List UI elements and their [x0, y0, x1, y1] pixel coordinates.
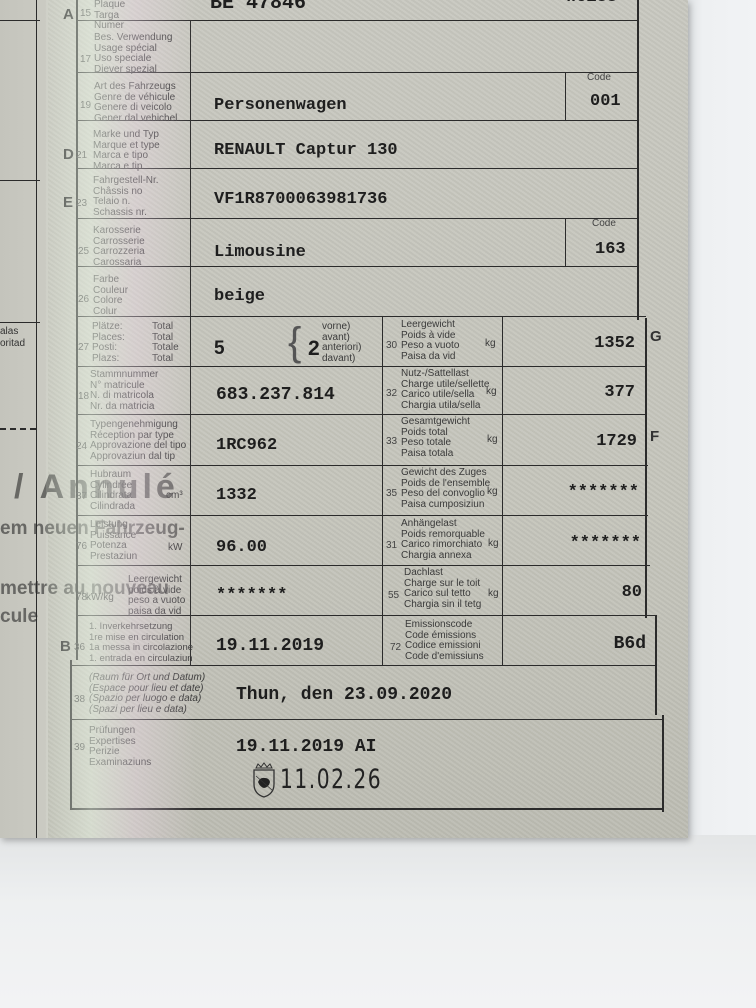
body-type-value: Limousine — [214, 243, 306, 262]
bern-coat-of-arms-icon — [252, 762, 276, 798]
field-number: 36 — [74, 642, 85, 653]
field-number: 27 — [78, 342, 89, 353]
left-page-snippet: oritad — [0, 338, 25, 349]
field-72-label: EmissionscodeCode émissionsCodice emissi… — [405, 620, 484, 662]
total-weight-value: 1729 — [540, 432, 637, 451]
unit-divider — [502, 316, 503, 666]
row-divider — [76, 414, 646, 415]
make-type-value: RENAULT Captur 130 — [214, 141, 398, 160]
row-divider — [70, 719, 663, 720]
field-number: 18 — [78, 391, 89, 402]
brace-icon: { — [288, 322, 301, 362]
left-page-snippet: alas — [0, 326, 18, 337]
field-17-label: Bes. VerwendungUsage spécialUso speciale… — [94, 33, 172, 75]
field-27-total-label: TotalTotalTotaleTotal — [152, 322, 179, 364]
field-32-label: Nutz-/SattellastCharge utile/selletteCar… — [401, 369, 489, 411]
field-number: 26 — [78, 294, 89, 305]
vehicle-registration-document: alas oritad / Annulé em neuen Fahrzeug- … — [0, 0, 688, 838]
row-divider — [76, 515, 648, 516]
registry-number-value: 683.237.814 — [216, 385, 335, 405]
field-33-label: GesamtgewichtPoids totalPeso totalePaisa… — [401, 417, 470, 459]
frame-bottom — [70, 808, 664, 810]
field-21-label: Marke und TypMarque et typeMarca e tipoM… — [93, 130, 160, 172]
label-column-divider — [190, 20, 191, 665]
field-18-label: StammnummerN° matriculeN. di matricolaNr… — [90, 370, 158, 412]
left-divider — [0, 180, 40, 181]
row-divider — [76, 20, 638, 21]
place-date-value: Thun, den 23.09.2020 — [236, 685, 452, 705]
row-divider — [76, 316, 646, 317]
unit-kg: kg — [487, 486, 498, 497]
side-letter-a: A — [63, 6, 74, 23]
row-divider — [76, 266, 638, 267]
unit-kw-per-kg: kW/kg — [86, 592, 114, 603]
unit-kg: kg — [488, 588, 499, 599]
frame-right-bottom — [662, 715, 664, 812]
field-number: 55 — [388, 590, 399, 601]
dashed-divider — [0, 428, 36, 430]
ghost-text: cule — [0, 606, 38, 628]
left-page-border — [36, 0, 37, 838]
field-number: 30 — [386, 340, 397, 351]
unit-cm3: cm³ — [166, 490, 183, 501]
displacement-value: 1332 — [216, 486, 257, 505]
emission-code-value: B6d — [560, 634, 646, 654]
field-number: 21 — [76, 150, 87, 161]
field-27-label: Plätze:Places:Posti:Plazs: — [92, 322, 125, 364]
field-number: 38 — [74, 694, 85, 705]
field-39-label: PrüfungenExpertisesPerizieExaminaziuns — [89, 726, 151, 768]
field-number: 33 — [386, 436, 397, 447]
plate-number-value: BE 47846 — [210, 0, 306, 15]
left-divider — [0, 20, 40, 21]
inspection-value: 19.11.2019 AI — [236, 737, 376, 757]
field-number: 31 — [386, 540, 397, 551]
side-letter-g: G — [650, 328, 662, 345]
frame-left-bottom — [70, 660, 72, 810]
unit-kg: kg — [487, 434, 498, 445]
seats-total-value: 5 — [214, 338, 225, 360]
row-divider — [76, 366, 646, 367]
next-inspection-stamp: 11.02.26 — [280, 764, 382, 795]
field-31-label: AnhängelastPoids remorquableCarico rimor… — [401, 519, 485, 561]
code-divider — [565, 72, 566, 120]
middle-divider — [382, 316, 383, 666]
roof-load-value: 80 — [560, 583, 642, 602]
frame-left-inner — [76, 0, 78, 660]
field-76-label: LeistungPuissancePotenzaPrestaziun — [90, 520, 137, 562]
field-25-label: KarosserieCarrosserieCarrozzeriaCarossar… — [93, 226, 145, 268]
body-type-code: 163 — [595, 240, 626, 259]
code-label: Code — [592, 218, 616, 229]
unit-kg: kg — [485, 338, 496, 349]
first-registration-value: 19.11.2019 — [216, 636, 324, 656]
side-letter-b: B — [60, 638, 71, 655]
field-38-label: (Raum für Ort und Datum)(Espace pour lie… — [89, 673, 205, 715]
field-number: 19 — [80, 100, 91, 111]
type-approval-value: 1RC962 — [216, 436, 277, 455]
row-divider — [76, 465, 648, 466]
seats-front-label: vorne)avant)anteriori)davant) — [322, 322, 361, 364]
row-divider — [76, 168, 638, 169]
field-23-label: Fahrgestell-Nr.Châssis noTelaio n.Schass… — [93, 176, 159, 218]
vehicle-kind-code: 001 — [590, 92, 621, 111]
power-to-weight-value: ******* — [216, 586, 287, 605]
field-19-label: Art des FahrzeugsGenre de véhiculeGenere… — [94, 82, 177, 124]
field-36-label: 1. Inverkehrsetzung1re mise en circulati… — [89, 622, 193, 664]
chassis-number-value: VF1R8700063981736 — [214, 190, 387, 209]
field-15-label: PlaqueTargaNumer — [94, 0, 125, 32]
field-35-label: Gewicht des ZugesPoids de l'ensemblePeso… — [401, 468, 490, 510]
field-24-label: TypengenehmigungRéception par typeApprov… — [90, 420, 186, 462]
seats-front-value: 2 — [308, 337, 320, 361]
field-number: 17 — [80, 54, 91, 65]
payload-value: 377 — [540, 383, 635, 402]
trailer-load-value: ******* — [540, 534, 641, 553]
code-divider — [565, 218, 566, 266]
field-78-label: Leergewichtpoids à videpeso a vuotopaisa… — [128, 575, 185, 617]
row-divider — [76, 218, 638, 219]
left-page — [0, 0, 48, 838]
plate-color-cut: weiss — [566, 0, 617, 7]
field-30-label: LeergewichtPoids à videPeso a vuotoPaisa… — [401, 320, 459, 362]
field-number: 32 — [386, 388, 397, 399]
field-number: 72 — [390, 642, 401, 653]
left-divider — [0, 322, 40, 323]
side-letter-e: E — [63, 194, 73, 211]
row-divider — [76, 565, 650, 566]
field-number: 15 — [80, 8, 91, 19]
field-number: 25 — [78, 246, 89, 257]
power-value: 96.00 — [216, 538, 267, 557]
field-number: 76 — [76, 541, 87, 552]
field-number: 39 — [74, 742, 85, 753]
unit-kg: kg — [488, 538, 499, 549]
unit-kg: kg — [486, 386, 497, 397]
code-label: Code — [587, 72, 611, 83]
side-letter-f: F — [650, 428, 659, 445]
frame-right-mid — [645, 318, 647, 618]
field-number: 35 — [386, 488, 397, 499]
background-table — [0, 835, 756, 1008]
train-weight-value: ******* — [540, 483, 639, 502]
field-number: 37 — [76, 491, 87, 502]
field-number: 23 — [76, 198, 87, 209]
field-37-label: HubraumCylindréeCilindrataCilindrada — [90, 470, 135, 512]
empty-weight-value: 1352 — [540, 334, 635, 353]
field-55-label: DachlastCharge sur le toitCarico sul tet… — [404, 568, 481, 610]
unit-kw: kW — [168, 542, 182, 553]
color-value: beige — [214, 287, 265, 306]
row-divider — [70, 665, 657, 666]
field-number: 24 — [76, 441, 87, 452]
frame-right-top — [637, 0, 639, 320]
side-letter-d: D — [63, 146, 74, 163]
vehicle-kind-value: Personenwagen — [214, 96, 347, 115]
field-26-label: FarbeCouleurColoreColur — [93, 275, 128, 317]
